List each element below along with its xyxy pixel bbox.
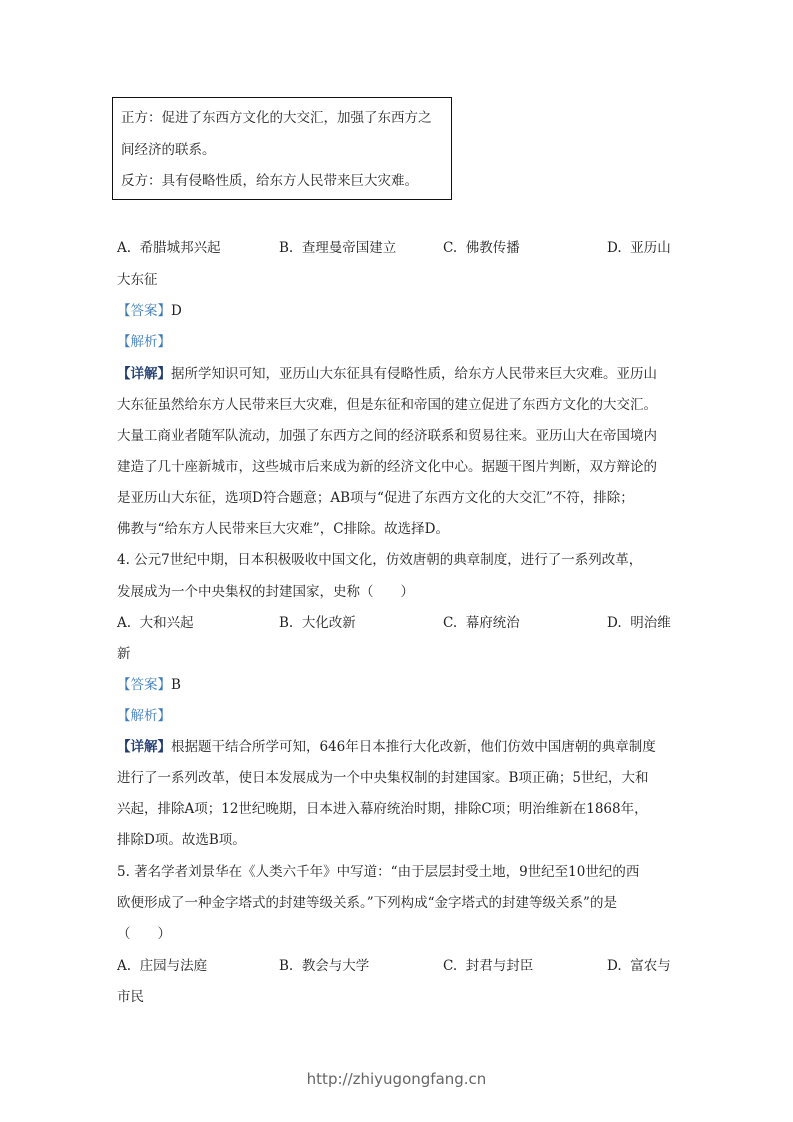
option-c: C. 封君与封臣 xyxy=(443,956,533,976)
detail-line: 建造了几十座新城市，这些城市后来成为新的经济文化中心。据题干图片判断，双方辩论的 xyxy=(117,457,657,477)
question-5-paren: （ ） xyxy=(117,924,171,944)
detail-line: 排除D项。故选B项。 xyxy=(117,830,246,850)
answer-label: 【答案】 xyxy=(117,303,171,319)
option-a: A. 希腊城邦兴起 xyxy=(117,238,221,258)
option-a: A. 大和兴起 xyxy=(117,613,194,633)
option-wrap: 大东征 xyxy=(117,270,158,290)
detail-label: 【详解】 xyxy=(117,366,171,382)
option-b: B. 查理曼帝国建立 xyxy=(279,238,396,258)
detail-line: 佛教与“给东方人民带来巨大灾难”，C排除。故选择D。 xyxy=(117,519,449,539)
detail-label: 【详解】 xyxy=(117,739,171,755)
option-b: B. 教会与大学 xyxy=(279,956,369,976)
option-c: C. 佛教传播 xyxy=(443,238,520,258)
answer-line: 【答案】B xyxy=(117,675,181,695)
option-d: D. 富农与 xyxy=(607,956,671,976)
analysis-label: 【解析】 xyxy=(117,706,171,726)
detail-line: 大量工商业者随军队流动，加强了东西方之间的经济联系和贸易往来。亚历山大在帝国境内 xyxy=(117,426,657,446)
question-5: 5. 著名学者刘景华在《人类六千年》中写道：“由于层层封受土地，9世纪至10世纪… xyxy=(117,862,639,882)
question-4: 4. 公元7世纪中期，日本积极吸收中国文化，仿效唐朝的典章制度，进行了一系列改革… xyxy=(117,550,642,570)
quote-line: 正方：促进了东西方文化的大交汇，加强了东西方之 xyxy=(121,108,432,128)
analysis-label: 【解析】 xyxy=(117,332,171,352)
answer-line: 【答案】D xyxy=(117,301,182,321)
quote-line: 间经济的联系。 xyxy=(121,140,216,160)
footer-url[interactable]: http://zhiyugongfang.cn xyxy=(0,1070,793,1088)
option-c: C. 幕府统治 xyxy=(443,613,520,633)
question-5-cont: 欧便形成了一种金字塔式的封建等级关系。”下列构成“金字塔式的封建等级关系”的是 xyxy=(117,893,617,913)
detail-line: 兴起，排除A项；12世纪晚期，日本进入幕府统治时期，排除C项；明治维新在1868… xyxy=(117,799,648,819)
quote-box: 正方：促进了东西方文化的大交汇，加强了东西方之 间经济的联系。 反方：具有侵略性… xyxy=(112,97,452,200)
detail-line: 是亚历山大东征，选项D符合题意；AB项与“促进了东西方文化的大交汇”不符，排除； xyxy=(117,488,634,508)
option-wrap: 新 xyxy=(117,644,131,664)
detail-line: 【详解】根据题干结合所学可知，646年日本推行大化改新，他们仿效中国唐朝的典章制… xyxy=(117,737,656,757)
question-4-cont: 发展成为一个中央集权的封建国家，史称（ ） xyxy=(117,582,414,602)
quote-line: 反方：具有侵略性质，给东方人民带来巨大灾难。 xyxy=(121,171,418,191)
detail-line: 进行了一系列改革，使日本发展成为一个中央集权制的封建国家。B项正确；5世纪，大和 xyxy=(117,768,649,788)
option-wrap: 市民 xyxy=(117,987,144,1007)
answer-label: 【答案】 xyxy=(117,677,171,693)
detail-line: 【详解】据所学知识可知，亚历山大东征具有侵略性质，给东方人民带来巨大灾难。亚历山 xyxy=(117,364,657,384)
option-d: D. 亚历山 xyxy=(607,238,671,258)
option-b: B. 大化改新 xyxy=(279,613,356,633)
detail-line: 大东征虽然给东方人民带来巨大灾难，但是东征和帝国的建立促进了东西方文化的大交汇。 xyxy=(117,395,657,415)
option-a: A. 庄园与法庭 xyxy=(117,956,207,976)
option-d: D. 明治维 xyxy=(607,613,671,633)
